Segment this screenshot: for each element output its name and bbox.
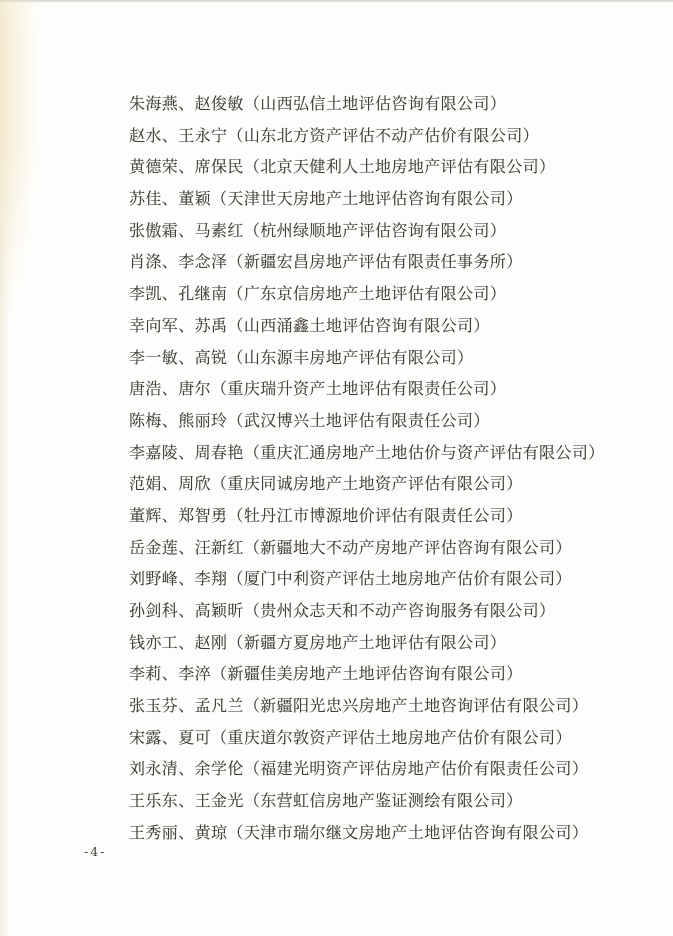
paren-open-glyph: （ <box>244 759 260 778</box>
entry-names: 李嘉陵、周春艳 <box>129 443 244 462</box>
list-item: 王乐东、王金光（东营虹信房地产鉴证测绘有限公司） <box>129 785 653 817</box>
entry-names: 董辉、郑智勇 <box>129 506 227 525</box>
entry-names: 范娟、周欣 <box>129 474 211 493</box>
paren-open-glyph: （ <box>244 221 260 240</box>
scanned-document-page: 朱海燕、赵俊敏（山西弘信土地评估咨询有限公司） 赵水、王永宁（山东北方资产评估不… <box>0 0 673 936</box>
paren-close-glyph: ） <box>506 506 522 525</box>
paren-open-glyph: （ <box>227 252 243 271</box>
paren-close-glyph: ） <box>588 443 604 462</box>
paren-open-glyph: （ <box>227 284 243 303</box>
paren-open-glyph: （ <box>244 696 260 715</box>
list-item: 钱亦工、赵刚（新疆方夏房地产土地评估有限公司） <box>129 627 653 659</box>
entry-names: 李凯、孔继南 <box>129 284 227 303</box>
entry-company: 厦门中利资产评估土地房地产估价有限公司 <box>244 569 556 588</box>
paren-close-glyph: ） <box>473 316 489 335</box>
entry-company: 广东京信房地产土地评估有限公司 <box>244 284 490 303</box>
list-item: 李嘉陵、周春艳（重庆汇通房地产土地估价与资产评估有限公司） <box>129 437 653 469</box>
list-item: 陈梅、熊丽玲（武汉博兴土地评估有限责任公司） <box>129 405 653 437</box>
entry-names: 张傲霜、马素红 <box>129 221 244 240</box>
entry-names: 赵水、王永宁 <box>129 126 227 145</box>
entry-company: 武汉博兴土地评估有限责任公司 <box>244 411 474 430</box>
list-item: 李一敏、高锐（山东源丰房地产评估有限公司） <box>129 342 653 374</box>
entry-names: 刘永清、余学伦 <box>129 759 244 778</box>
paren-close-glyph: ） <box>490 94 506 113</box>
entry-company: 山东北方资产评估不动产估价有限公司 <box>244 126 523 145</box>
entry-company: 山西弘信土地评估咨询有限公司 <box>260 94 490 113</box>
paren-open-glyph: （ <box>244 601 260 620</box>
paren-close-glyph: ） <box>555 569 571 588</box>
entry-names: 唐浩、唐尔 <box>129 379 211 398</box>
paren-close-glyph: ） <box>539 157 555 176</box>
entry-names: 陈梅、熊丽玲 <box>129 411 227 430</box>
paren-close-glyph: ） <box>490 379 506 398</box>
list-item: 刘永清、余学伦（福建光明资产评估房地产估价有限责任公司） <box>129 753 653 785</box>
paren-close-glyph: ） <box>555 728 571 747</box>
paren-open-glyph: （ <box>227 569 243 588</box>
list-item: 范娟、周欣（重庆同诚房地产土地资产评估有限公司） <box>129 468 653 500</box>
paren-open-glyph: （ <box>227 506 243 525</box>
list-item: 宋露、夏可（重庆道尔敦资产评估土地房地产估价有限公司） <box>129 722 653 754</box>
paren-open-glyph: （ <box>211 728 227 747</box>
paren-open-glyph: （ <box>227 316 243 335</box>
paren-open-glyph: （ <box>244 791 260 810</box>
paren-close-glyph: ） <box>572 696 588 715</box>
list-item: 赵水、王永宁（山东北方资产评估不动产估价有限公司） <box>129 120 653 152</box>
entry-company: 重庆汇通房地产土地估价与资产评估有限公司 <box>260 443 588 462</box>
paren-open-glyph: （ <box>244 94 260 113</box>
paren-close-glyph: ） <box>572 759 588 778</box>
entry-company: 东营虹信房地产鉴证测绘有限公司 <box>260 791 506 810</box>
paren-open-glyph: （ <box>227 823 243 842</box>
entry-names: 王乐东、王金光 <box>129 791 244 810</box>
entry-company: 重庆同诚房地产土地资产评估有限公司 <box>227 474 506 493</box>
paren-open-glyph: （ <box>227 633 243 652</box>
entry-names: 肖涤、李念泽 <box>129 252 227 271</box>
paren-close-glyph: ） <box>490 284 506 303</box>
entry-names: 幸向军、苏禹 <box>129 316 227 335</box>
list-item: 黄德荣、席保民（北京天健利人土地房地产评估有限公司） <box>129 151 653 183</box>
paren-open-glyph: （ <box>211 379 227 398</box>
paren-close-glyph: ） <box>572 823 588 842</box>
list-item: 李凯、孔继南（广东京信房地产土地评估有限公司） <box>129 278 653 310</box>
paren-close-glyph: ） <box>490 633 506 652</box>
list-item: 董辉、郑智勇（牡丹江市博源地价评估有限责任公司） <box>129 500 653 532</box>
list-item: 刘野峰、李翔（厦门中利资产评估土地房地产估价有限公司） <box>129 563 653 595</box>
page-number: -4- <box>84 844 106 859</box>
paren-close-glyph: ） <box>457 348 473 367</box>
paren-open-glyph: （ <box>227 411 243 430</box>
entry-company: 贵州众志天和不动产咨询服务有限公司 <box>260 601 539 620</box>
list-item: 张傲霜、马素红（杭州绿顺地产评估咨询有限公司） <box>129 215 653 247</box>
paren-open-glyph: （ <box>244 157 260 176</box>
paren-open-glyph: （ <box>211 664 227 683</box>
list-item: 幸向军、苏禹（山西涌鑫土地评估咨询有限公司） <box>129 310 653 342</box>
entry-names: 宋露、夏可 <box>129 728 211 747</box>
paren-close-glyph: ） <box>506 252 522 271</box>
entry-company: 牡丹江市博源地价评估有限责任公司 <box>244 506 506 525</box>
list-item: 苏佳、董颖（天津世天房地产土地评估咨询有限公司） <box>129 183 653 215</box>
entry-names: 孙剑科、高颖昕 <box>129 601 244 620</box>
list-item: 孙剑科、高颖昕（贵州众志天和不动产咨询服务有限公司） <box>129 595 653 627</box>
paren-close-glyph: ） <box>523 126 539 145</box>
paren-close-glyph: ） <box>506 189 522 208</box>
awardee-list: 朱海燕、赵俊敏（山西弘信土地评估咨询有限公司） 赵水、王永宁（山东北方资产评估不… <box>129 88 653 849</box>
list-item: 唐浩、唐尔（重庆瑞升资产土地评估有限责任公司） <box>129 373 653 405</box>
list-item: 李莉、李淬（新疆佳美房地产土地评估咨询有限公司） <box>129 658 653 690</box>
paren-close-glyph: ） <box>490 221 506 240</box>
entry-company: 新疆方夏房地产土地评估有限公司 <box>244 633 490 652</box>
paren-open-glyph: （ <box>227 348 243 367</box>
paren-close-glyph: ） <box>473 411 489 430</box>
paren-open-glyph: （ <box>211 189 227 208</box>
entry-company: 重庆瑞升资产土地评估有限责任公司 <box>227 379 489 398</box>
list-item: 王秀丽、黄琼（天津市瑞尔继文房地产土地评估咨询有限公司） <box>129 817 653 849</box>
entry-company: 山西涌鑫土地评估咨询有限公司 <box>244 316 474 335</box>
entry-names: 王秀丽、黄琼 <box>129 823 227 842</box>
entry-company: 重庆道尔敦资产评估土地房地产估价有限公司 <box>227 728 555 747</box>
paren-open-glyph: （ <box>227 126 243 145</box>
paren-open-glyph: （ <box>211 474 227 493</box>
list-item: 张玉芬、孟凡兰（新疆阳光忠兴房地产土地咨询评估有限公司） <box>129 690 653 722</box>
paren-close-glyph: ） <box>506 664 522 683</box>
paren-close-glyph: ） <box>555 538 571 557</box>
entry-names: 李一敏、高锐 <box>129 348 227 367</box>
entry-company: 天津市瑞尔继文房地产土地评估咨询有限公司 <box>244 823 572 842</box>
entry-company: 山东源丰房地产评估有限公司 <box>244 348 457 367</box>
entry-names: 岳金莲、汪新红 <box>129 538 244 557</box>
list-item: 岳金莲、汪新红（新疆地大不动产房地产评估咨询有限公司） <box>129 532 653 564</box>
entry-company: 天津世天房地产土地评估咨询有限公司 <box>227 189 506 208</box>
entry-company: 新疆佳美房地产土地评估咨询有限公司 <box>227 664 506 683</box>
entry-names: 钱亦工、赵刚 <box>129 633 227 652</box>
entry-names: 刘野峰、李翔 <box>129 569 227 588</box>
entry-company: 杭州绿顺地产评估咨询有限公司 <box>260 221 490 240</box>
entry-names: 张玉芬、孟凡兰 <box>129 696 244 715</box>
entry-company: 福建光明资产评估房地产估价有限责任公司 <box>260 759 572 778</box>
list-item: 朱海燕、赵俊敏（山西弘信土地评估咨询有限公司） <box>129 88 653 120</box>
entry-names: 李莉、李淬 <box>129 664 211 683</box>
entry-company: 新疆宏昌房地产评估有限责任事务所 <box>244 252 506 271</box>
list-item: 肖涤、李念泽（新疆宏昌房地产评估有限责任事务所） <box>129 246 653 278</box>
entry-company: 北京天健利人土地房地产评估有限公司 <box>260 157 539 176</box>
entry-names: 黄德荣、席保民 <box>129 157 244 176</box>
entry-company: 新疆地大不动产房地产评估咨询有限公司 <box>260 538 555 557</box>
paren-close-glyph: ） <box>539 601 555 620</box>
entry-company: 新疆阳光忠兴房地产土地咨询评估有限公司 <box>260 696 572 715</box>
entry-names: 朱海燕、赵俊敏 <box>129 94 244 113</box>
paren-open-glyph: （ <box>244 443 260 462</box>
paren-open-glyph: （ <box>244 538 260 557</box>
paren-close-glyph: ） <box>506 474 522 493</box>
paren-close-glyph: ） <box>506 791 522 810</box>
entry-names: 苏佳、董颖 <box>129 189 211 208</box>
